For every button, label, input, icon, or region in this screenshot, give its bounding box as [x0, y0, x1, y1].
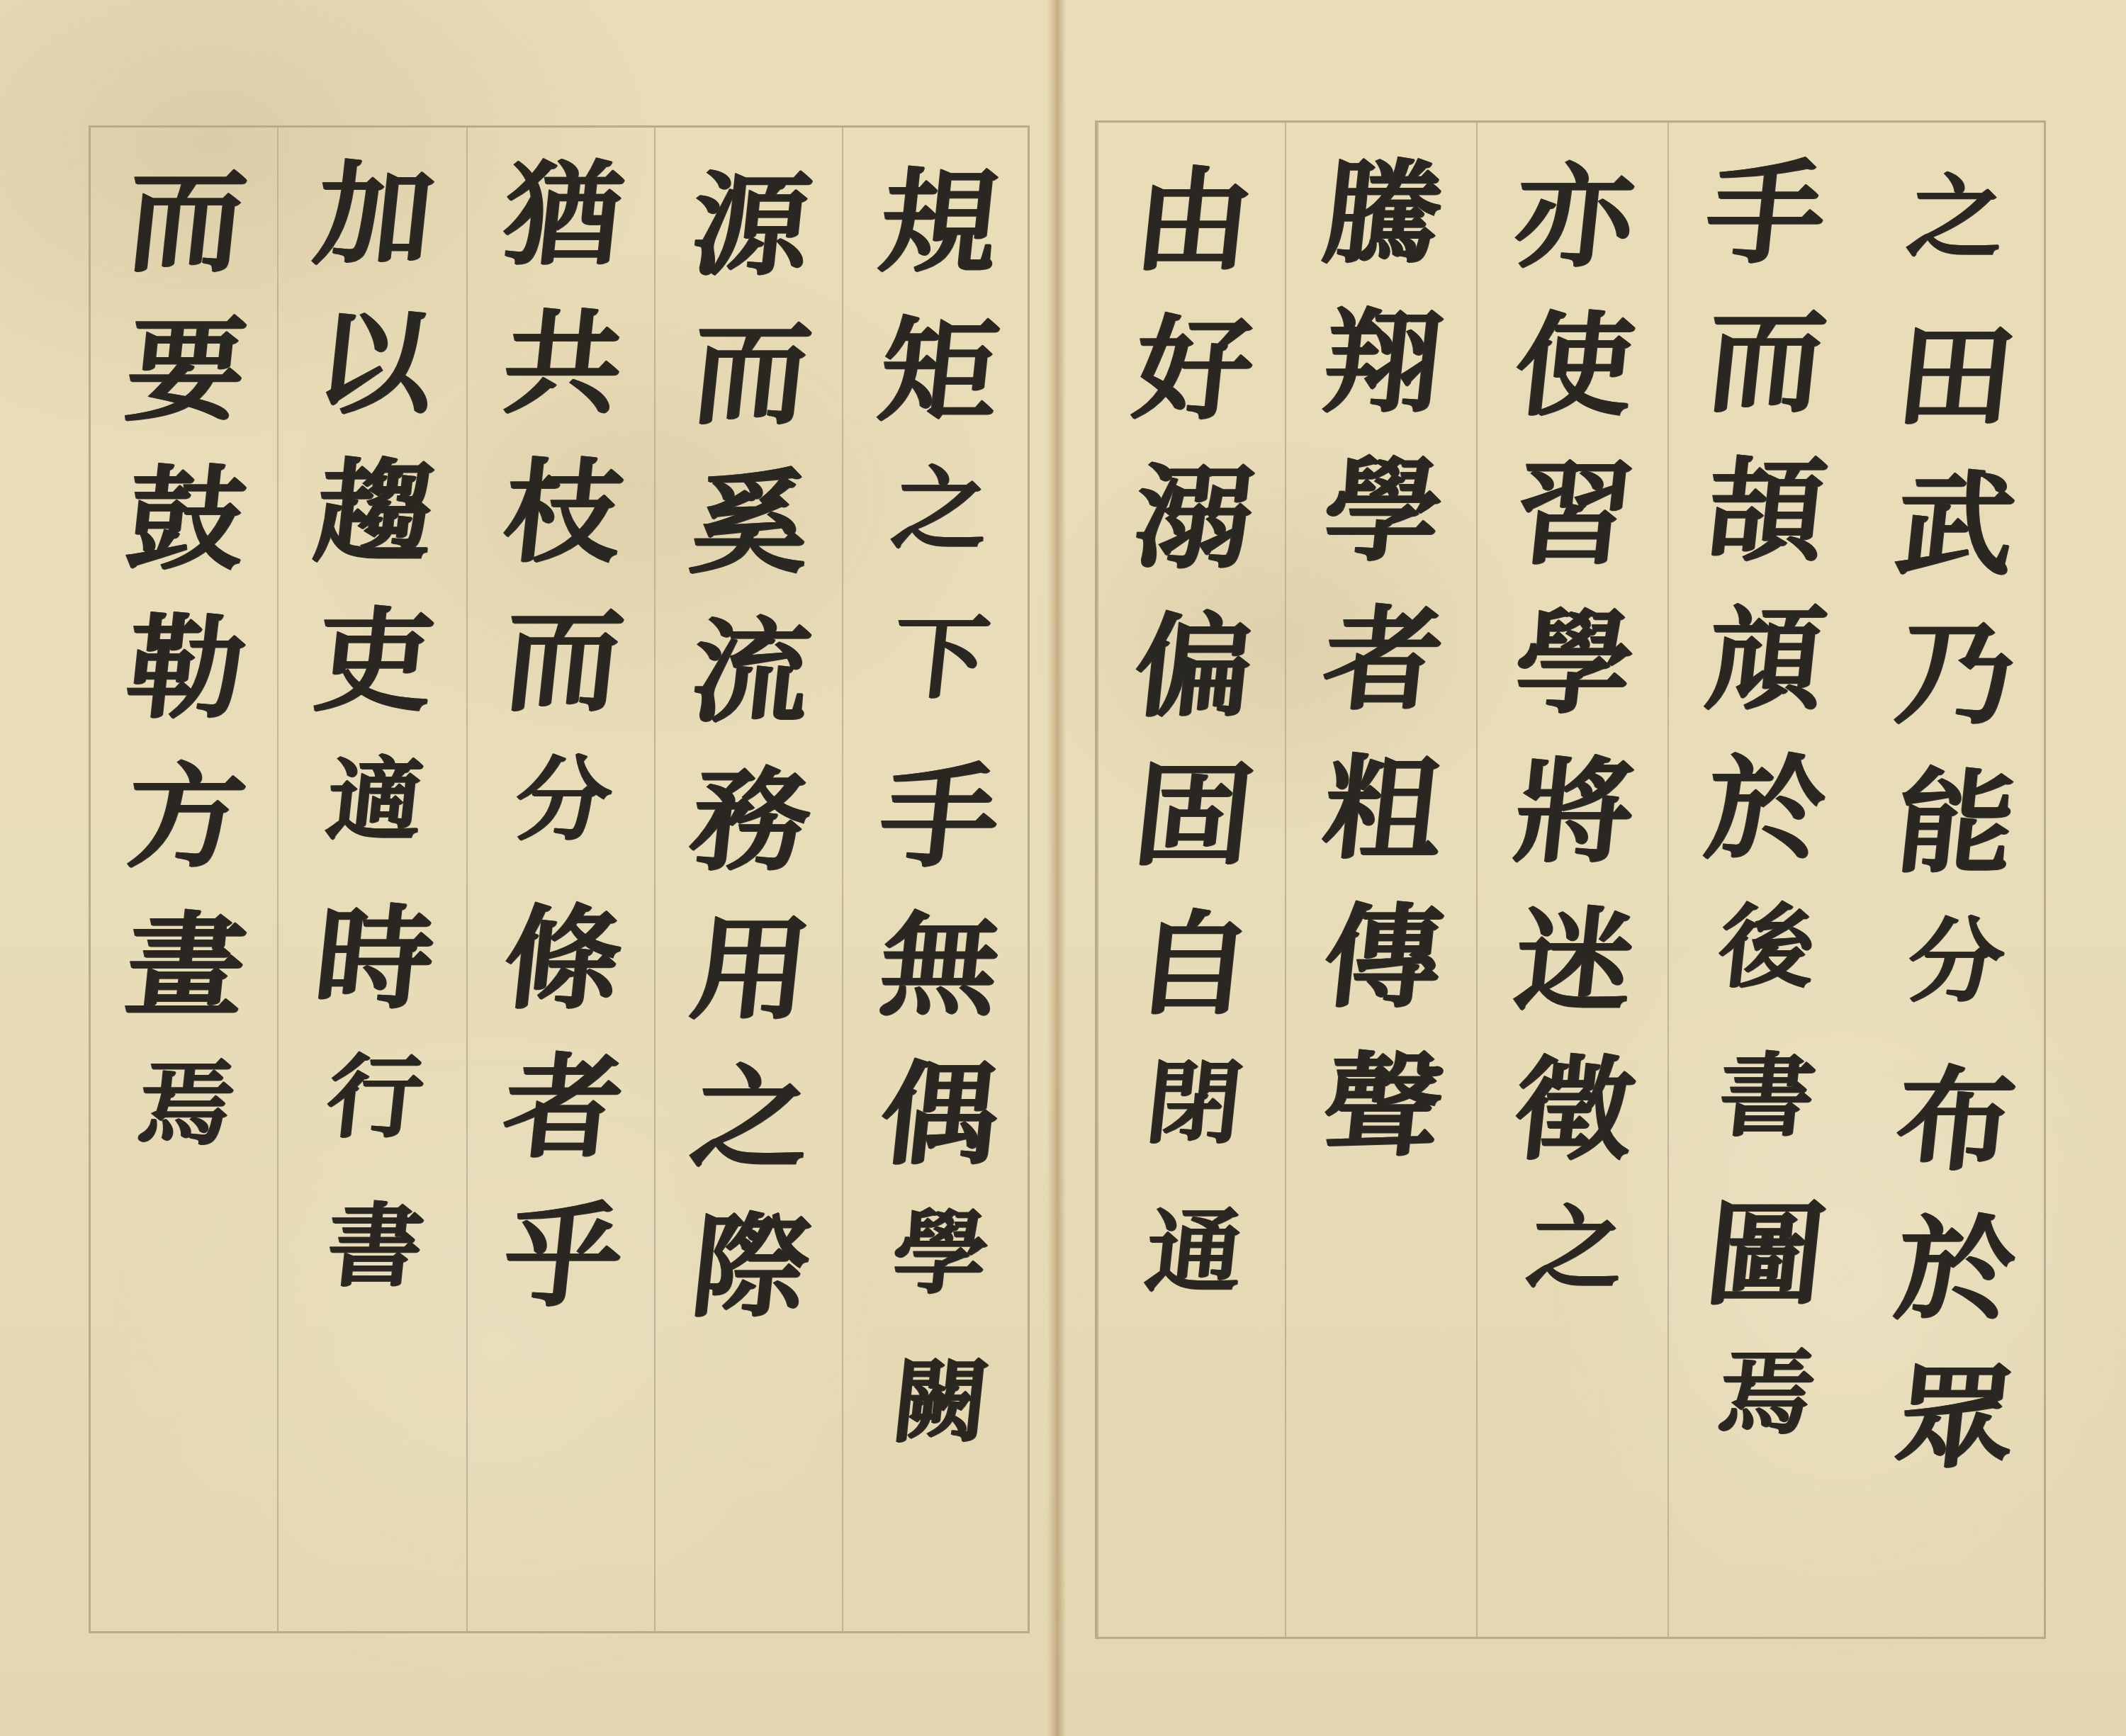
left-page-column-5: 而 要 鼓 勒 方 畫 焉	[91, 128, 277, 1631]
character: 溺	[1125, 463, 1259, 611]
character: 偶	[871, 1059, 1004, 1208]
character: 務	[682, 765, 816, 914]
character: 者	[1315, 604, 1448, 753]
left-page-column-1: 規 矩 之 下 手 無 偶 學 闕	[842, 128, 1032, 1631]
character: 用	[682, 914, 816, 1063]
character: 閉	[1136, 1058, 1247, 1207]
character: 傳	[1315, 902, 1448, 1051]
character: 矩	[871, 315, 1004, 464]
character: 源	[682, 170, 816, 319]
character: 學	[1506, 608, 1639, 757]
character: 畫	[118, 911, 251, 1059]
character: 而	[118, 167, 251, 315]
character: 於	[1697, 753, 1830, 902]
character: 好	[1125, 314, 1259, 463]
character: 通	[1136, 1207, 1247, 1355]
character: 乃	[1887, 619, 2020, 767]
character: 時	[306, 903, 439, 1052]
character: 焉	[1709, 1348, 1819, 1497]
right-page: 之 田 武 乃 能 分 布 於 眾 手 而 頡 頏 於 後 書 圖 焉 亦 使 …	[1095, 120, 2046, 1639]
manuscript-sheet: 之 田 武 乃 能 分 布 於 眾 手 而 頡 頏 於 後 書 圖 焉 亦 使 …	[0, 0, 2126, 1736]
character: 之	[1517, 1203, 1628, 1352]
character: 吏	[306, 606, 439, 755]
character: 加	[306, 159, 439, 308]
character: 鼓	[118, 464, 251, 613]
character: 聲	[1315, 1051, 1448, 1200]
character: 由	[1125, 165, 1259, 314]
left-page-column-2: 源 而 奚 流 務 用 之 際	[654, 128, 842, 1631]
left-page-column-3: 猶 共 枝 而 分 條 者 乎	[466, 128, 654, 1631]
left-page-column-4: 加 以 趨 吏 適 時 行 書	[277, 128, 466, 1631]
character: 適	[317, 755, 427, 903]
character: 下	[882, 613, 993, 762]
character: 使	[1506, 310, 1639, 459]
left-page: 規 矩 之 下 手 無 偶 學 闕 源 而 奚 流 務 用 之 際 猶 共 枝 …	[89, 125, 1030, 1633]
character: 而	[495, 606, 628, 755]
character: 條	[495, 903, 628, 1052]
character: 之	[682, 1063, 816, 1212]
character: 以	[306, 308, 439, 457]
character: 手	[1697, 158, 1830, 307]
character: 要	[118, 315, 251, 464]
character: 徵	[1506, 1054, 1639, 1203]
character: 流	[682, 616, 816, 765]
right-page-column-2: 手 而 頡 頏 於 後 書 圖 焉	[1667, 123, 1859, 1637]
character: 規	[871, 167, 1004, 315]
character: 將	[1506, 757, 1639, 906]
character: 於	[1887, 1214, 2020, 1363]
character: 闕	[882, 1357, 993, 1506]
character: 際	[682, 1212, 816, 1360]
character: 亦	[1506, 162, 1639, 310]
character: 頏	[1697, 604, 1830, 753]
character: 方	[118, 762, 251, 911]
character: 分	[1898, 916, 2008, 1065]
character: 焉	[128, 1059, 239, 1208]
character: 翔	[1315, 307, 1448, 456]
right-page-column-3: 亦 使 習 學 將 迷 徵 之	[1476, 123, 1667, 1637]
character: 習	[1506, 459, 1639, 608]
character: 書	[317, 1201, 427, 1350]
character: 行	[317, 1052, 427, 1201]
character: 共	[495, 308, 628, 457]
character: 奚	[682, 468, 816, 616]
character: 學	[882, 1208, 993, 1357]
character: 田	[1887, 321, 2020, 470]
character: 布	[1887, 1065, 2020, 1214]
character: 騰	[1315, 158, 1448, 307]
center-fold	[1047, 0, 1066, 1736]
character: 後	[1709, 902, 1819, 1051]
character: 而	[1697, 307, 1830, 456]
character: 偏	[1125, 611, 1259, 760]
character: 書	[1709, 1051, 1819, 1200]
character: 圖	[1697, 1200, 1830, 1348]
character: 枝	[495, 457, 628, 606]
character: 眾	[1887, 1363, 2020, 1511]
character: 武	[1887, 470, 2020, 619]
character: 分	[505, 755, 616, 903]
character: 之	[1898, 172, 2008, 321]
character: 猶	[495, 159, 628, 308]
character: 頡	[1697, 456, 1830, 604]
character: 迷	[1506, 906, 1639, 1054]
character: 勒	[118, 613, 251, 762]
right-page-column-4: 騰 翔 學 者 粗 傳 聲	[1285, 123, 1476, 1637]
right-page-column-5: 由 好 溺 偏 固 自 閉 通	[1097, 123, 1285, 1637]
character: 自	[1125, 909, 1259, 1058]
character: 學	[1315, 456, 1448, 604]
character: 能	[1887, 767, 2020, 916]
character: 固	[1125, 760, 1259, 909]
character: 之	[882, 464, 993, 613]
character: 趨	[306, 457, 439, 606]
character: 乎	[495, 1201, 628, 1350]
character: 手	[871, 762, 1004, 911]
character: 而	[682, 319, 816, 468]
character: 無	[871, 911, 1004, 1059]
character: 粗	[1315, 753, 1448, 902]
right-page-column-1: 之 田 武 乃 能 分 布 於 眾	[1859, 123, 2048, 1637]
character: 者	[495, 1052, 628, 1201]
